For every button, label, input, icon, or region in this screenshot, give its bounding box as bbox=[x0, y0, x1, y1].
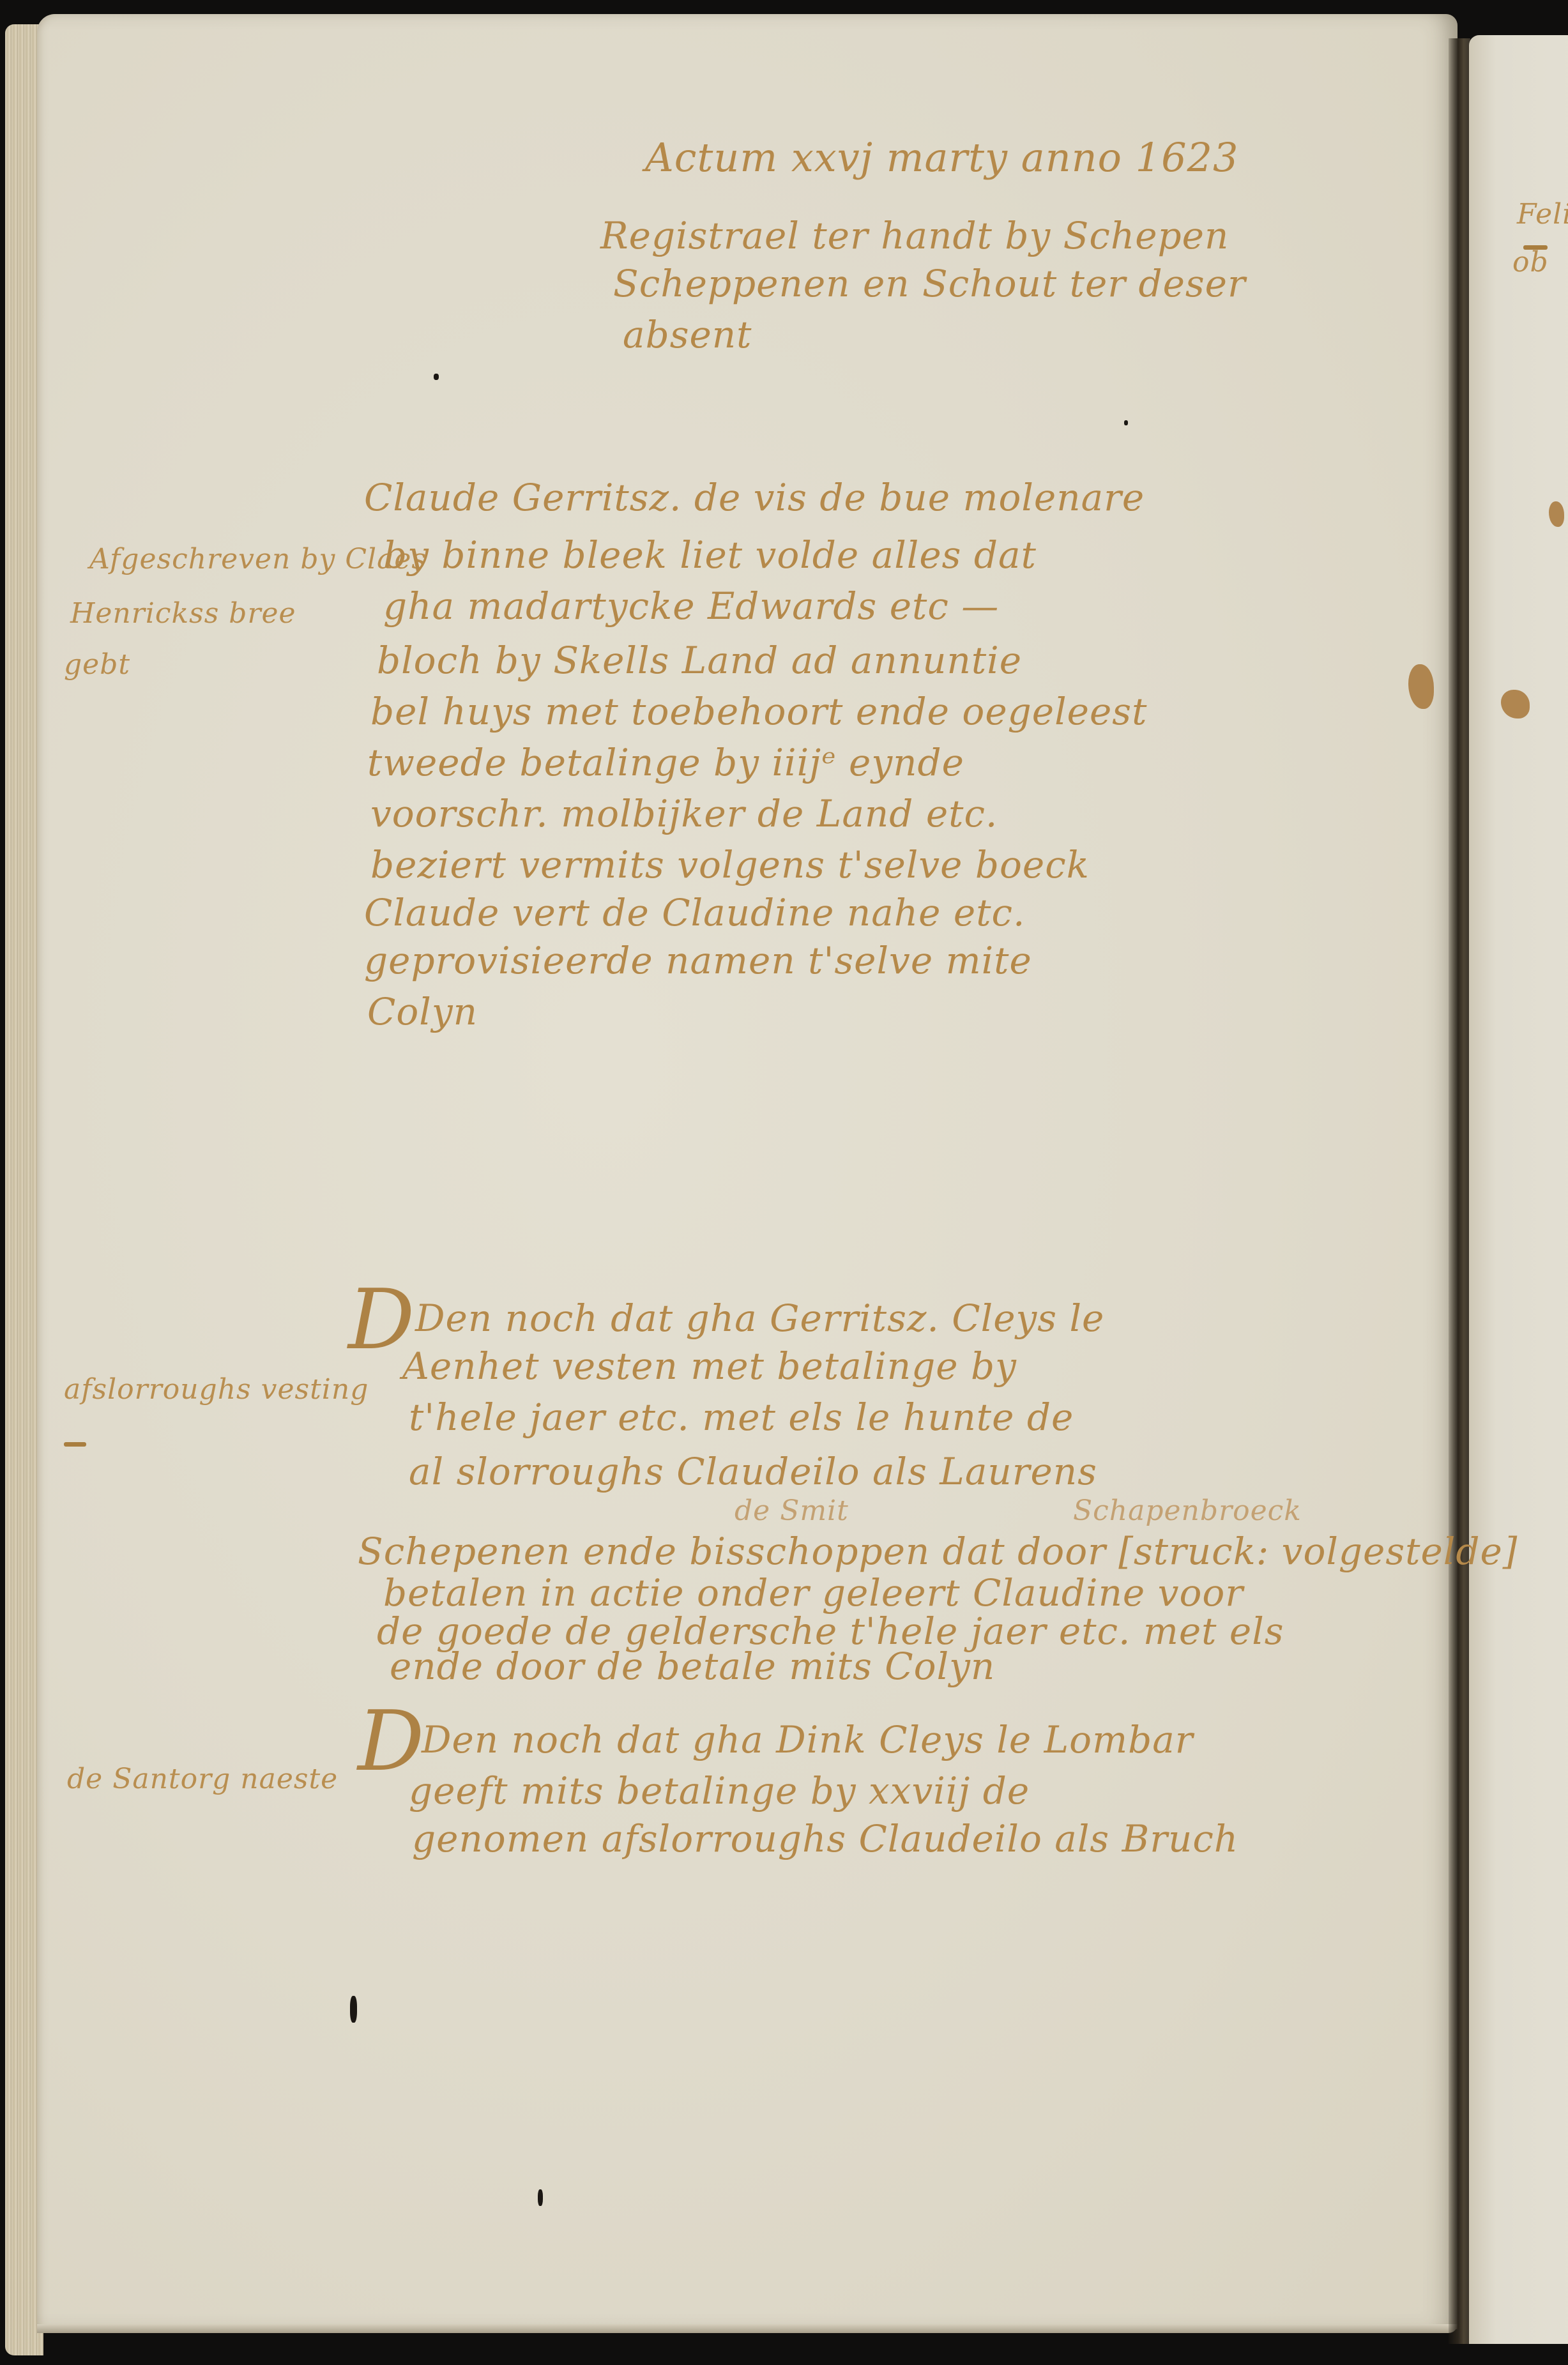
paper-speck bbox=[1124, 420, 1128, 425]
header-date-line: Actum xxvj marty anno 1623 bbox=[645, 134, 1238, 181]
paper-speck bbox=[350, 1996, 357, 2023]
margin-note: de Santorg naeste bbox=[67, 1763, 338, 1795]
entry-line: geeft mits betalinge by xxviij de bbox=[409, 1769, 1030, 1813]
margin-dash bbox=[64, 1442, 86, 1447]
interlinear-insert: Schapenbroeck bbox=[1073, 1494, 1302, 1527]
entry-line: Schepenen ende bisschoppen dat door [str… bbox=[358, 1530, 1518, 1573]
margin-note: afslorroughs vesting bbox=[64, 1373, 369, 1406]
header-line: Scheppenen en Schout ter deser bbox=[613, 262, 1246, 305]
entry-line: beziert vermits volgens t'selve boeck bbox=[370, 843, 1090, 886]
entry-line: gha madartycke Edwards etc — bbox=[383, 584, 999, 628]
margin-note: Henrickss bree bbox=[70, 597, 296, 630]
margin-note: gebt bbox=[64, 648, 130, 681]
entry-line: Den noch dat gha Dink Cleys le Lombar bbox=[422, 1718, 1194, 1761]
entry-line: voorschr. molbijker de Land etc. bbox=[370, 792, 998, 835]
manuscript-page bbox=[37, 14, 1458, 2329]
entry-line: ende door de betale mits Colyn bbox=[390, 1645, 995, 1688]
entry-line: Colyn bbox=[367, 990, 478, 1033]
facing-page-edge bbox=[1469, 35, 1568, 2344]
interlinear-insert: de Smit bbox=[735, 1494, 849, 1527]
facing-page-fragment: Feli bbox=[1517, 198, 1568, 231]
entry-line: Aenhet vesten met betalinge by bbox=[402, 1344, 1017, 1388]
entry-line: by binne bleek liet volde alles dat bbox=[383, 533, 1037, 577]
entry-line: Claude Gerritsz. de vis de bue molenare bbox=[364, 476, 1145, 519]
header-line: Registrael ter handt by Schepen bbox=[600, 214, 1229, 257]
paper-speck bbox=[538, 2189, 543, 2206]
margin-note: Afgeschreven by Claes bbox=[89, 543, 427, 575]
entry-line: bel huys met toebehoort ende oegeleest bbox=[370, 690, 1147, 733]
entry-line: geprovisieerde namen t'selve mite bbox=[364, 939, 1032, 982]
entry-line: al slorroughs Claudeilo als Laurens bbox=[409, 1450, 1097, 1493]
book-gutter bbox=[1449, 38, 1470, 2344]
entry-line: tweede betalinge by iiijᵉ eynde bbox=[367, 741, 964, 784]
ink-blot bbox=[1549, 501, 1564, 527]
entry-line: Den noch dat gha Gerritsz. Cleys le bbox=[415, 1297, 1104, 1340]
entry-line: genomen afslorroughs Claudeilo als Bruch bbox=[412, 1817, 1238, 1860]
facing-page-fragment: ob bbox=[1512, 246, 1549, 278]
entry-line: t'hele jaer etc. met els le hunte de bbox=[409, 1395, 1074, 1439]
entry-line: Claude vert de Claudine nahe etc. bbox=[364, 891, 1025, 934]
entry-line: betalen in actie onder geleert Claudine … bbox=[383, 1571, 1244, 1615]
header-line: absent bbox=[623, 313, 752, 356]
facing-page-dash bbox=[1523, 245, 1548, 250]
entry-line: bloch by Skells Land ad annuntie bbox=[377, 639, 1022, 682]
paper-speck bbox=[434, 374, 439, 380]
